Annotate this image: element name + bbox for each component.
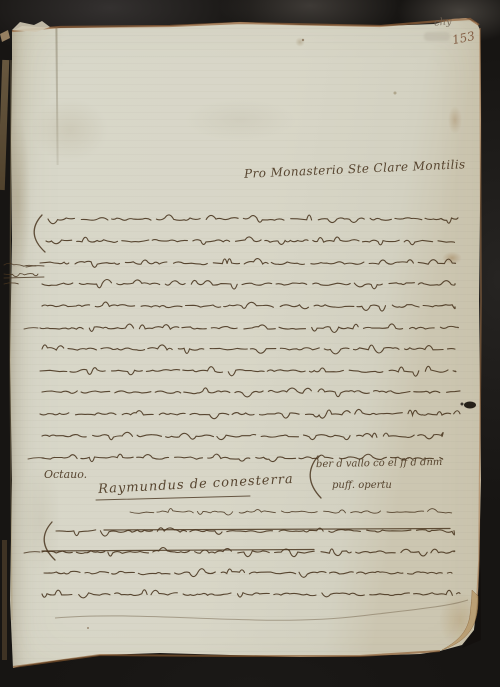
handwriting-line <box>4 274 38 277</box>
registration-note-line1: ber d vallo co el ff d dnm <box>316 457 443 470</box>
handwriting-line <box>26 266 44 267</box>
pencil-smudge <box>424 32 450 41</box>
handwriting-line <box>42 345 455 354</box>
handwriting-line <box>24 552 40 553</box>
archival-corner-note: chy <box>434 16 453 29</box>
handwriting-line <box>42 550 314 552</box>
handwriting-line <box>44 569 452 578</box>
handwriting-line <box>42 388 460 397</box>
handwriting-line <box>96 496 250 500</box>
handwriting-line <box>40 366 456 376</box>
handwriting-line <box>42 279 455 289</box>
handwriting-line <box>24 328 38 329</box>
handwriting-strokes <box>0 0 500 687</box>
handwriting-line <box>48 215 458 224</box>
handwriting-line <box>46 237 455 245</box>
handwriting-line <box>104 529 450 531</box>
handwriting-line <box>42 302 455 311</box>
handwriting-line <box>34 215 45 252</box>
handwriting-line <box>42 432 443 439</box>
handwriting-line <box>130 509 457 515</box>
handwriting-line <box>4 277 44 278</box>
handwriting-line <box>40 409 460 418</box>
handwriting-line <box>40 324 458 333</box>
handwriting-line <box>42 548 455 557</box>
handwriting-line <box>40 259 456 268</box>
handwriting-line <box>4 283 18 284</box>
handwriting-line <box>42 590 460 598</box>
closing-word: Octauo. <box>44 468 87 481</box>
handwriting-line <box>44 522 55 560</box>
manuscript-photo: Pro Monasterio Ste Clare Montilis Octauo… <box>0 0 500 687</box>
registration-note-line2: puff. opertu <box>332 480 392 491</box>
